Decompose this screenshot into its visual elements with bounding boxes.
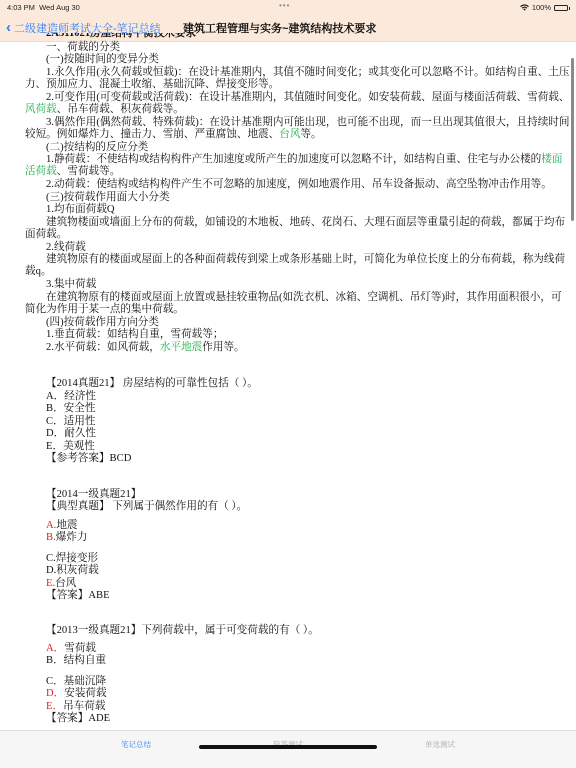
question-title: 【2014一级真题21】 [46, 489, 546, 501]
para-uniform-load: 建筑物楼面或墙面上分布的荷载，如铺设的木地板、地砖、花岗石、大理石面层等重量引起… [25, 217, 570, 242]
option-a: A．雪荷载 [46, 643, 546, 655]
question-2013-level1-21: 【2013一级真题21】下列荷载中，属于可变荷载的有（ ）。 [46, 625, 546, 637]
battery-icon [554, 5, 568, 11]
multitask-dots: ••• [279, 1, 290, 10]
question-3-options-ab: A．雪荷载 B．结构自重 [46, 643, 546, 668]
option-b: B．安全性 [46, 403, 546, 415]
subheading-area-size: (三)按荷载作用面大小分类 [25, 192, 570, 204]
option-a: A．经济性 [46, 391, 546, 403]
notes-content[interactable]: 2A311021房屋结构平衡技术要求 一、荷载的分类 (一)按随时间的变异分类 … [0, 33, 576, 730]
option-e: E.台风 [46, 578, 546, 590]
question-subtitle: 【典型真题】 下列属于偶然作用的有（ ）。 [46, 501, 546, 513]
option-d: D.积灰荷载 [46, 565, 546, 577]
option-e: E．吊车荷载 [46, 701, 546, 713]
option-d: D．耐久性 [46, 428, 546, 440]
para-static-load: 1.静荷载：不使结构或结构构件产生加速度或所产生的加速度可以忽略不计，如结构自重… [25, 154, 570, 179]
option-b: B.爆炸力 [46, 532, 546, 544]
para-vertical-load: 1.垂直荷载：如结构自重，雪荷载等； [25, 329, 570, 341]
option-c: C．适用性 [46, 416, 546, 428]
para-variable-action: 2.可变作用(可变荷载或活荷载)：在设计基准期内，其值随时间变化。如安装荷载、屋… [25, 92, 570, 117]
subheading-uniform-load: 1.均布面荷载Q [25, 204, 570, 216]
question-2-options-ab: A.地震 B.爆炸力 [46, 520, 546, 545]
heading-load-classification: 一、荷载的分类 [25, 42, 570, 54]
para-permanent-action: 1.永久作用(永久荷载或恒载)：在设计基准期内，其值不随时间变化；或其变化可以忽… [25, 67, 570, 92]
option-d: D．安装荷载 [46, 688, 546, 700]
question-title: 【2014真题21】 房屋结构的可靠性包括（ ）。 [46, 378, 546, 390]
subheading-structural-response: (二)按结构的反应分类 [25, 142, 570, 154]
option-e: E．美观性 [46, 441, 546, 453]
tab-bar: 笔记总结 简答测试 单选测试 [0, 730, 576, 768]
question-1-options: A．经济性 B．安全性 C．适用性 D．耐久性 E．美观性 【参考答案】BCD [46, 391, 546, 465]
status-time: 4:03 PM Wed Aug 30 [7, 3, 80, 12]
subheading-line-load: 2.线荷载 [25, 242, 570, 254]
question-2-options-cde: C.焊接变形 D.积灰荷载 E.台风 【答案】ABE [46, 553, 546, 603]
subheading-concentrated-load: 3.集中荷载 [25, 279, 570, 291]
home-indicator[interactable] [199, 745, 377, 749]
option-a: A.地震 [46, 520, 546, 532]
para-accidental-action: 3.偶然作用(偶然荷载、特殊荷载)：在设计基准期内可能出现，也可能不出现，而一旦… [25, 117, 570, 142]
para-dynamic-load: 2.动荷载：使结构或结构构件产生不可忽略的加速度，例如地震作用、吊车设备振动、高… [25, 179, 570, 191]
wifi-icon [520, 4, 529, 11]
status-bar: 4:03 PM Wed Aug 30 ••• 100% [0, 0, 576, 14]
option-c: C.焊接变形 [46, 553, 546, 565]
answer: 【答案】ADE [46, 713, 546, 725]
question-3-options-cde: C．基础沉降 D．安装荷载 E．吊车荷载 【答案】ADE [46, 676, 546, 726]
status-right: 100% [520, 3, 568, 12]
question-2014-level1-21: 【2014一级真题21】 【典型真题】 下列属于偶然作用的有（ ）。 [46, 489, 546, 514]
answer: 【参考答案】BCD [46, 453, 546, 465]
para-line-load: 建筑物原有的楼面或屋面上的各种面荷载传到梁上或条形基础上时，可简化为单位长度上的… [25, 254, 570, 279]
subheading-direction: (四)按荷载作用方向分类 [25, 317, 570, 329]
question-2014-21: 【2014真题21】 房屋结构的可靠性包括（ ）。 [46, 378, 546, 390]
option-b: B．结构自重 [46, 655, 546, 667]
subheading-time-variation: (一)按随时间的变异分类 [25, 54, 570, 66]
question-title: 【2013一级真题21】下列荷载中，属于可变荷载的有（ ）。 [46, 625, 546, 637]
clipped-heading: 2A311021房屋结构平衡技术要求 [46, 33, 196, 40]
option-c: C．基础沉降 [46, 676, 546, 688]
battery-percent: 100% [532, 3, 551, 12]
para-horizontal-load: 2.水平荷载：如风荷载，水平地震作用等。 [25, 342, 570, 354]
vertical-scrollbar[interactable] [571, 58, 574, 221]
answer: 【答案】ABE [46, 590, 546, 602]
para-concentrated-load: 在建筑物原有的楼面或屋面上放置或悬挂较重物品(如洗衣机、冰箱、空调机、吊灯等)时… [25, 292, 570, 317]
